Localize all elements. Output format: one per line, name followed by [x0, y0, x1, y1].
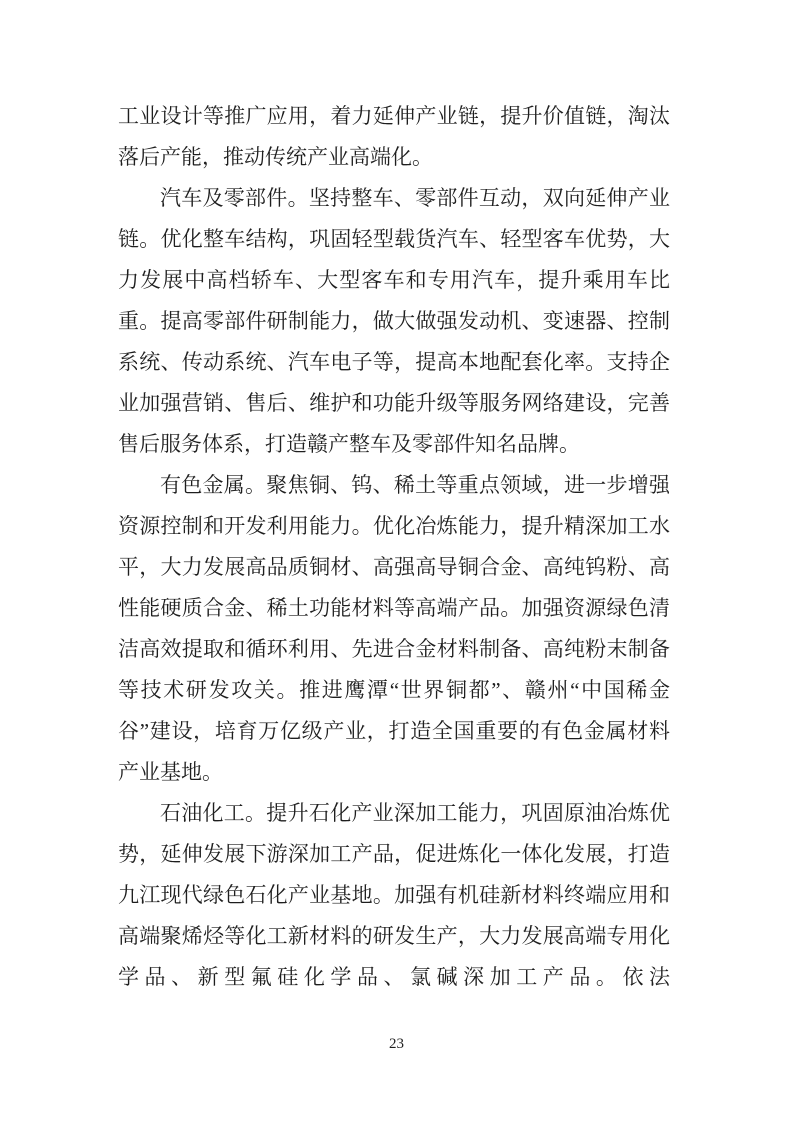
page-number: 23 [389, 1036, 404, 1052]
paragraph-traditional-industry: 工业设计等推广应用，着力延伸产业链，提升价值链，淘汰落后产能，推动传统产业高端化… [118, 96, 670, 178]
paragraph-nonferrous-metals: 有色金属。聚焦铜、钨、稀土等重点领域，进一步增强资源控制和开发利用能力。优化冶炼… [118, 465, 670, 793]
paragraph-petrochemical: 石油化工。提升石化产业深加工能力，巩固原油冶炼优势，延伸发展下游深加工产品，促进… [118, 793, 670, 998]
document-page: 工业设计等推广应用，着力延伸产业链，提升价值链，淘汰落后产能，推动传统产业高端化… [0, 0, 793, 1122]
paragraph-auto-and-parts: 汽车及零部件。坚持整车、零部件互动，双向延伸产业链。优化整车结构，巩固轻型载货汽… [118, 178, 670, 465]
document-body: 工业设计等推广应用，着力延伸产业链，提升价值链，淘汰落后产能，推动传统产业高端化… [118, 96, 670, 998]
page-footer: 23 [0, 1033, 793, 1055]
